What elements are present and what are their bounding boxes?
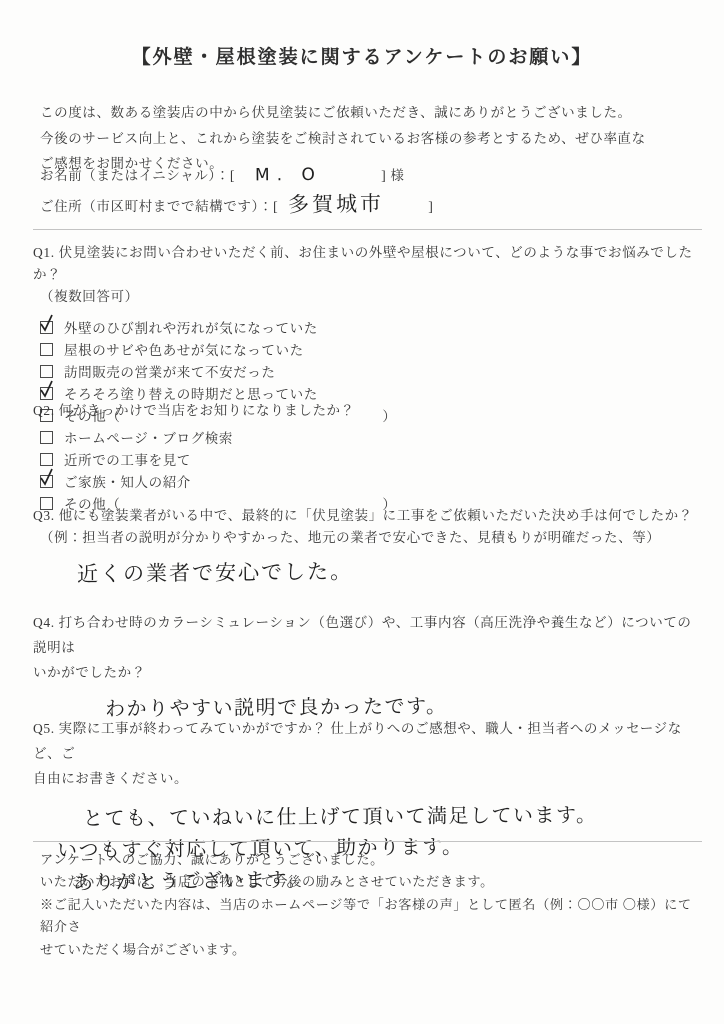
checkbox-option-label: 外壁のひび割れや汚れが気になっていた (64, 317, 318, 337)
address-field: ご住所（市区町村までで結構です）：[多賀城市] (40, 188, 433, 218)
scanned-survey-document: 【外壁・屋根塗装に関するアンケートのお願い】 この度は、数ある塗装店の中から伏見… (0, 0, 724, 1024)
divider (33, 841, 702, 842)
checkmark-icon (39, 379, 54, 399)
q4-heading-line: Q4. 打ち合わせ時のカラーシミュレーション（色選び）や、工事内容（高圧洗浄や養… (33, 610, 702, 660)
name-field: お名前（またはイニシャル）：[M. O] 様 (40, 164, 404, 185)
address-field-label: ご住所（市区町村までで結構です）： (40, 195, 273, 215)
divider (33, 229, 702, 230)
question-4-section: Q4. 打ち合わせ時のカラーシミュレーション（色選び）や、工事内容（高圧洗浄や養… (33, 610, 702, 719)
q3-example: （例：担当者の説明が分かりやすかった、地元の業者で安心できた、見積もりが明確だっ… (33, 527, 702, 549)
q3-heading: Q3. 他にも塗装業者がいる中で、最終的に「伏見塗装」に工事をご依頼いただいた決… (33, 505, 702, 527)
checkbox (40, 475, 53, 488)
question-3-section: Q3. 他にも塗装業者がいる中で、最終的に「伏見塗装」に工事をご依頼いただいた決… (33, 505, 702, 585)
footer-note: アンケートへのご協力、誠にありがとうございました。 いただいたお声は、当店の宝物… (40, 849, 705, 961)
footer-line: ※ご記入いただいた内容は、当店のホームページ等で「お客様の声」として匿名（例：〇… (40, 894, 705, 939)
handwritten-q3-answer: 近くの業者で安心でした。 (77, 552, 702, 589)
question-1-section: Q1. 伏見塗装にお問い合わせいただく前、お住まいの外壁や屋根について、どのよう… (33, 242, 702, 426)
footer-line: アンケートへのご協力、誠にありがとうございました。 (40, 849, 705, 871)
q1-note: （複数回答可） (33, 286, 702, 308)
q2-heading: Q2. 何がきっかけで当店をお知りになりましたか？ (33, 400, 702, 422)
checkbox-option-label: ホームページ・ブログ検索 (64, 427, 233, 447)
checkmark-icon (39, 467, 54, 487)
checkbox-option-label: ご家族・知人の紹介 (64, 471, 191, 491)
q5-heading-line: Q5. 実際に工事が終わってみていかがですか？ 仕上がりへのご感想や、職人・担当… (33, 716, 702, 766)
checkbox-option: ホームページ・ブログ検索 (33, 426, 702, 448)
handwritten-q5-line: とても、ていねいに仕上げて頂いて満足しています。 (83, 799, 702, 834)
checkbox-option: 近所での工事を見て (33, 448, 702, 470)
question-2-section: Q2. 何がきっかけで当店をお知りになりましたか？ ホームページ・ブログ検索 近… (33, 400, 702, 514)
close-bracket: ] (381, 169, 386, 185)
q4-heading-line: いかがでしたか？ (33, 660, 702, 685)
intro-line: 今後のサービス向上と、これから塗装をご検討されているお客様の参考とするため、ぜひ… (40, 126, 705, 152)
checkbox-option: ご家族・知人の紹介 (33, 470, 702, 492)
q2-options: ホームページ・ブログ検索 近所での工事を見て ご家族・知人の紹介 その他（） (33, 426, 702, 514)
checkbox-option: 訪問販売の営業が来て不安だった (33, 360, 702, 382)
handwritten-address-value: 多賀城市 (278, 187, 428, 219)
checkbox (40, 387, 53, 400)
checkbox-option: 屋根のサビや色あせが気になっていた (33, 338, 702, 360)
checkmark-icon (39, 313, 54, 333)
checkbox (40, 453, 53, 466)
name-suffix: 様 (390, 164, 404, 184)
checkbox (40, 321, 53, 334)
checkbox-option-label: 屋根のサビや色あせが気になっていた (64, 339, 304, 359)
q4-heading: Q4. 打ち合わせ時のカラーシミュレーション（色選び）や、工事内容（高圧洗浄や養… (33, 610, 702, 685)
checkbox (40, 431, 53, 444)
checkbox-option-label: 近所での工事を見て (64, 449, 191, 469)
close-bracket: ] (428, 200, 433, 216)
name-field-label: お名前（またはイニシャル）： (40, 164, 230, 184)
checkbox-option: 外壁のひび割れや汚れが気になっていた (33, 316, 702, 338)
q5-heading-line: 自由にお書きください。 (33, 766, 702, 791)
checkbox-option-label: 訪問販売の営業が来て不安だった (64, 361, 276, 381)
page-title: 【外壁・屋根塗装に関するアンケートのお願い】 (0, 42, 724, 69)
q5-heading: Q5. 実際に工事が終わってみていかがですか？ 仕上がりへのご感想や、職人・担当… (33, 716, 702, 791)
footer-line: せていただく場合がございます。 (40, 939, 705, 961)
checkbox (40, 343, 53, 356)
q1-heading: Q1. 伏見塗装にお問い合わせいただく前、お住まいの外壁や屋根について、どのよう… (33, 242, 702, 286)
checkbox (40, 365, 53, 378)
handwritten-name-value: M. O (235, 164, 381, 185)
footer-line: いただいたお声は、当店の宝物として今後の励みとさせていただきます。 (40, 871, 705, 893)
intro-line: この度は、数ある塗装店の中から伏見塗装にご依頼いただき、誠にありがとうございまし… (40, 100, 705, 126)
